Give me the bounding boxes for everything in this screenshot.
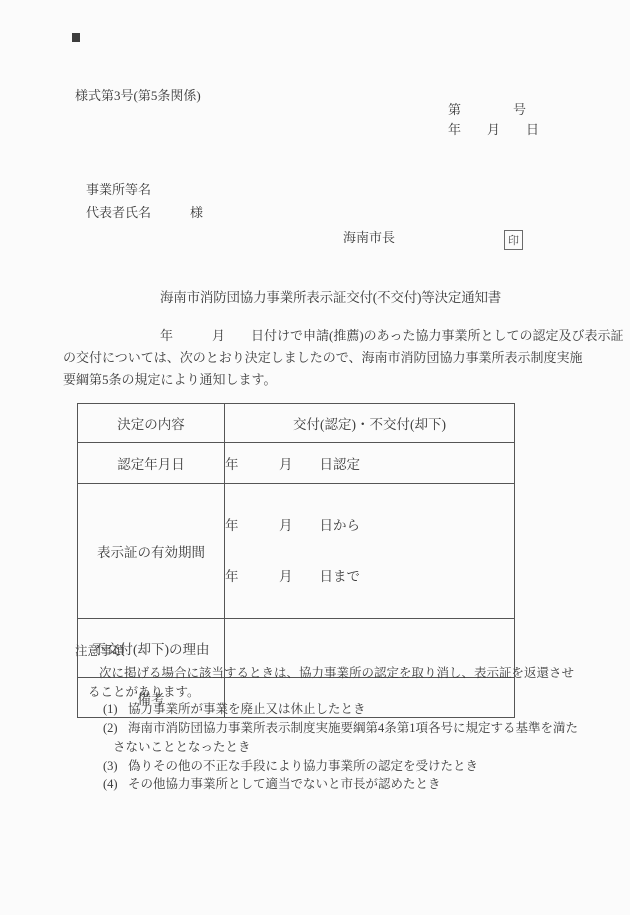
note-item-4: (4) その他協力事業所として適当でないと市長が認めたとき (103, 777, 441, 792)
scan-artifact-mark (72, 33, 80, 42)
document-title: 海南市消防団協力事業所表示証交付(不交付)等決定通知書 (160, 290, 501, 306)
note-item-4-number: (4) (103, 777, 128, 792)
row-value-validity-period: 年 月 日から 年 月 日まで (225, 484, 515, 619)
document-number-line: 第 号 (448, 102, 526, 118)
table-row-decision: 決定の内容 交付(認定)・不交付(却下) (78, 404, 515, 443)
validity-from-line: 年 月 日から (225, 516, 514, 535)
row-value-decision: 交付(認定)・不交付(却下) (225, 404, 515, 443)
table-row-certification-date: 認定年月日 年 月 日認定 (78, 443, 515, 484)
note-item-2-continuation: さないこととなったとき (113, 740, 251, 755)
notes-intro-line-2: ることがあります。 (88, 685, 200, 700)
business-name-label: 事業所等名 (86, 182, 151, 198)
notes-intro-line-1: 次に掲げる場合に該当するときは、協力事業所の認定を取り消し、表示証を返還させ (99, 666, 574, 681)
row-label-decision: 決定の内容 (78, 404, 225, 443)
body-paragraph-line-1: 年 月 日付けで申請(推薦)のあった協力事業所としての認定及び表示証 (63, 328, 583, 344)
validity-until-line: 年 月 日まで (225, 567, 514, 586)
table-row-validity-period: 表示証の有効期間 年 月 日から 年 月 日まで (78, 484, 515, 619)
seal-stamp-box: 印 (504, 230, 523, 250)
note-item-2: (2) 海南市消防団協力事業所表示制度実施要綱第4条第1項各号に規定する基準を満… (103, 721, 578, 736)
document-date-line: 年 月 日 (448, 122, 539, 138)
note-item-3-number: (3) (103, 759, 128, 774)
body-paragraph-line-3: 要綱第5条の規定により通知します。 (63, 372, 583, 388)
notes-heading: 注意事項 (75, 644, 125, 659)
note-item-4-text: その他協力事業所として適当でないと市長が認めたとき (128, 777, 441, 792)
note-item-2-number: (2) (103, 721, 128, 736)
row-label-validity-period: 表示証の有効期間 (78, 484, 225, 619)
row-value-certification-date: 年 月 日認定 (225, 443, 515, 484)
form-number: 様式第3号(第5条関係) (75, 88, 201, 104)
seal-character: 印 (508, 232, 519, 248)
row-label-certification-date: 認定年月日 (78, 443, 225, 484)
body-paragraph-line-2: の交付については、次のとおり決定しましたので、海南市消防団協力事業所表示制度実施 (63, 350, 583, 366)
note-item-1: (1) 協力事業所が事業を廃止又は休止したとき (103, 702, 366, 717)
note-item-1-text: 協力事業所が事業を廃止又は休止したとき (128, 702, 366, 717)
note-item-3: (3) 偽りその他の不正な手段により協力事業所の認定を受けたとき (103, 759, 478, 774)
note-item-1-number: (1) (103, 702, 128, 717)
representative-name-label: 代表者氏名 様 (86, 205, 203, 221)
mayor-signature-line: 海南市長 (343, 230, 395, 246)
note-item-2-text: 海南市消防団協力事業所表示制度実施要綱第4条第1項各号に規定する基準を満た (128, 721, 578, 736)
note-item-3-text: 偽りその他の不正な手段により協力事業所の認定を受けたとき (128, 759, 478, 774)
